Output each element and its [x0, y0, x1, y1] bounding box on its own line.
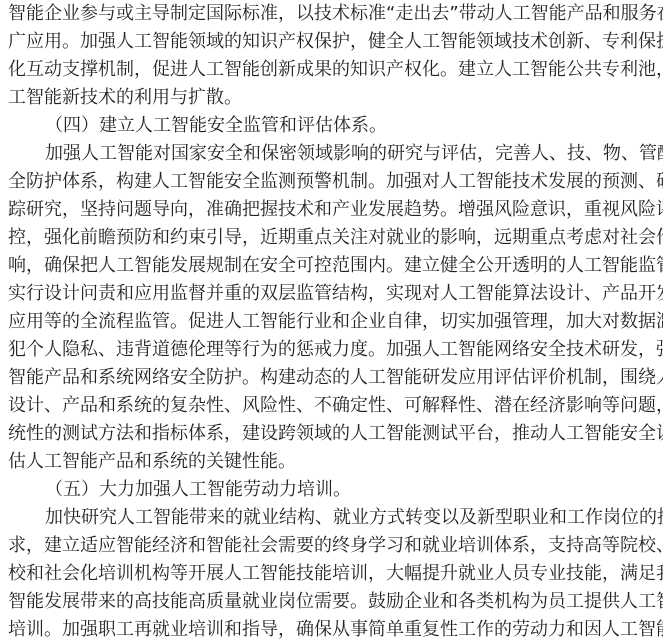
text-line: 实行设计问责和应用监督并重的双层监管结构，实现对人工智能算法设计、产品开发和成果 — [8, 280, 656, 308]
text-line: 校和社会化培训机构等开展人工智能技能培训，大幅提升就业人员专业技能，满足我国人工 — [8, 560, 656, 588]
text-line: 工智能新技术的利用与扩散。 — [8, 84, 656, 112]
document-page: 智能企业参与或主导制定国际标准，以技术标准“走出去”带动人工智能产品和服务在海外… — [0, 0, 663, 642]
text-line: 全防护体系，构建人工智能安全监测预警机制。加强对人工智能技术发展的预测、研判和跟 — [8, 168, 656, 196]
text-line: 智能发展带来的高技能高质量就业岗位需要。鼓励企业和各类机构为员工提供人工智能技能 — [8, 588, 656, 616]
text-line: 求，建立适应智能经济和智能社会需要的终身学习和就业培训体系，支持高等院校、职业学 — [8, 532, 656, 560]
text-line: 犯个人隐私、违背道德伦理等行为的惩戒力度。加强人工智能网络安全技术研发，强化人工 — [8, 336, 656, 364]
text-line: 设计、产品和系统的复杂性、风险性、不确定性、可解释性、潜在经济影响等问题，开发系 — [8, 392, 656, 420]
text-line: 广应用。加强人工智能领域的知识产权保护，健全人工智能领域技术创新、专利保护与标准 — [8, 28, 656, 56]
text-line: 踪研究，坚持问题导向，准确把握技术和产业发展趋势。增强风险意识，重视风险评估和防 — [8, 196, 656, 224]
section-heading-4: （四）建立人工智能安全监管和评估体系。 — [45, 112, 387, 140]
text-line: 智能企业参与或主导制定国际标准，以技术标准“走出去”带动人工智能产品和服务在海外… — [8, 0, 656, 28]
paragraph-start: 加快研究人工智能带来的就业结构、就业方式转变以及新型职业和工作岗位的技能需 — [45, 504, 656, 532]
text-line: 响，确保把人工智能发展规制在安全可控范围内。建立健全公开透明的人工智能监管体系， — [8, 252, 656, 280]
text-line: 估人工智能产品和系统的关键性能。 — [8, 448, 656, 476]
text-line: 培训。加强职工再就业培训和指导，确保从事简单重复性工作的劳动力和因人工智能失业的 — [8, 616, 656, 642]
text-line: 应用等的全流程监管。促进人工智能行业和企业自律，切实加强管理，加大对数据滥用、侵 — [8, 308, 656, 336]
text-line: 控，强化前瞻预防和约束引导，近期重点关注对就业的影响，远期重点考虑对社会伦理的影 — [8, 224, 656, 252]
text-line: 化互动支撑机制，促进人工智能创新成果的知识产权化。建立人工智能公共专利池，促进人 — [8, 56, 656, 84]
paragraph-start: 加强人工智能对国家安全和保密领域影响的研究与评估，完善人、技、物、管配套的安 — [45, 140, 656, 168]
text-line: 统性的测试方法和指标体系，建设跨领域的人工智能测试平台，推动人工智能安全认证，评 — [8, 420, 656, 448]
section-heading-5: （五）大力加强人工智能劳动力培训。 — [45, 476, 351, 504]
text-line: 智能产品和系统网络安全防护。构建动态的人工智能研发应用评估评价机制，围绕人工智能 — [8, 364, 656, 392]
